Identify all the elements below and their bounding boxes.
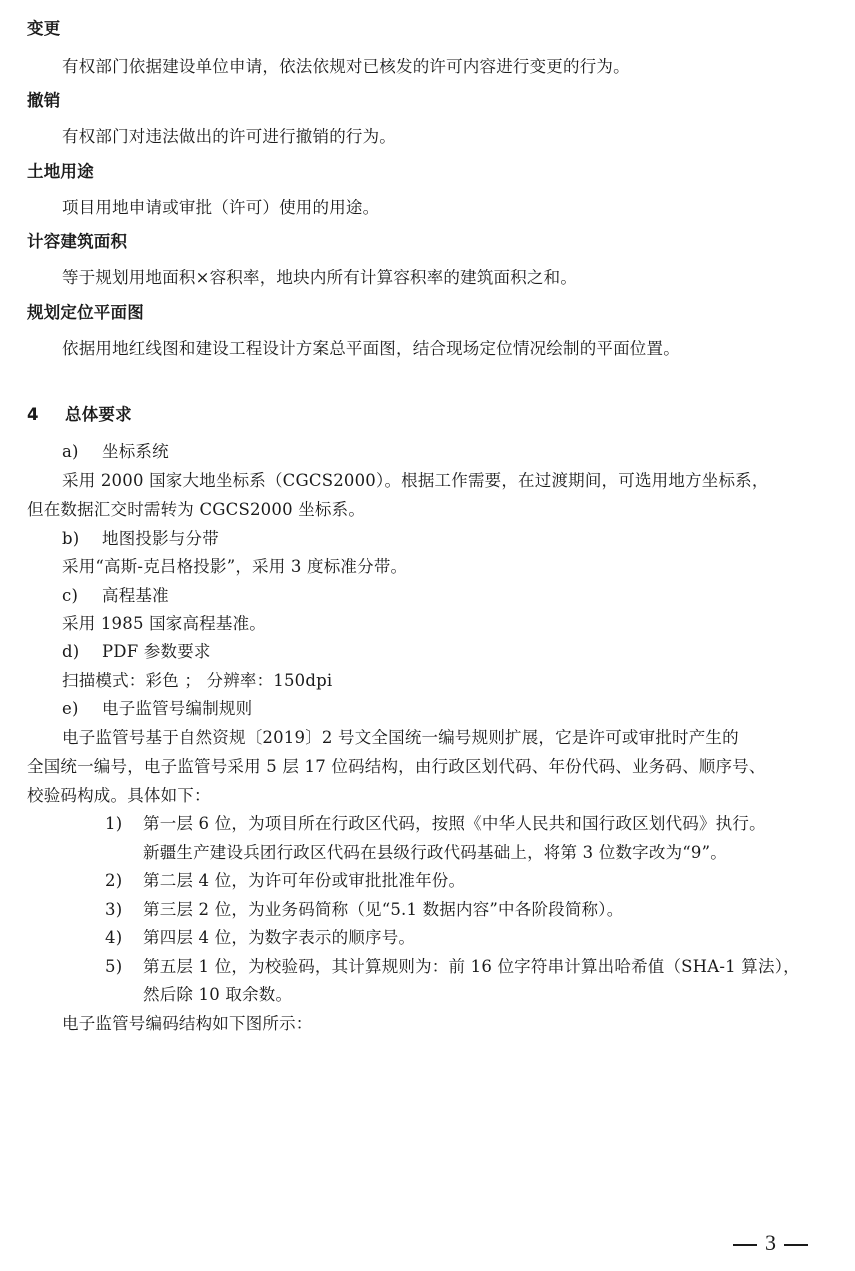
subsection-heading-a: a)坐标系统: [62, 441, 169, 463]
term-heading: 规划定位平面图: [27, 302, 144, 324]
term-definition: 有权部门依据建设单位申请，依法依规对已核发的许可内容进行变更的行为。: [62, 56, 630, 78]
list-number: 3): [105, 899, 122, 921]
page-number: 3: [725, 1230, 816, 1256]
term-definition: 项目用地申请或审批（许可）使用的用途。: [62, 197, 379, 219]
paragraph-line: 采用“高斯-克吕格投影”，采用 3 度标准分带。: [62, 556, 407, 578]
subsection-title: 坐标系统: [102, 442, 169, 461]
subsection-title: 地图投影与分带: [102, 529, 219, 548]
paragraph-line: 采用 2000 国家大地坐标系（CGCS2000）。根据工作需要，在过渡期间，可…: [62, 470, 769, 492]
term-heading: 土地用途: [27, 161, 94, 183]
section-heading: 4总体要求: [27, 404, 132, 426]
list-text: 第四层 4 位，为数字表示的顺序号。: [143, 927, 415, 949]
dash-decoration: [784, 1244, 808, 1246]
list-item: 5) 第五层 1 位，为校验码，其计算规则为：前 16 位字符串计算出哈希值（S…: [105, 956, 845, 978]
subsection-heading-e: e)电子监管号编制规则: [62, 698, 252, 720]
subsection-label: c): [62, 585, 102, 607]
subsection-title: 高程基准: [102, 586, 169, 605]
term-heading: 计容建筑面积: [27, 231, 127, 253]
paragraph-line: 但在数据汇交时需转为 CGCS2000 坐标系。: [27, 499, 365, 521]
paragraph-line: 电子监管号编码结构如下图所示：: [62, 1013, 313, 1035]
paragraph-line: 全国统一编号，电子监管号采用 5 层 17 位码结构，由行政区划代码、年份代码、…: [27, 756, 766, 778]
list-item: 1) 第一层 6 位，为项目所在行政区代码，按照《中华人民共和国行政区划代码》执…: [105, 813, 845, 835]
list-text: 第一层 6 位，为项目所在行政区代码，按照《中华人民共和国行政区划代码》执行。: [143, 813, 766, 835]
paragraph-line: 电子监管号基于自然资规〔2019〕2 号文全国统一编号规则扩展，它是许可或审批时…: [62, 727, 739, 749]
paragraph-line: 扫描模式：彩色 ； 分辨率：150dpi: [62, 670, 332, 692]
list-text: 第三层 2 位，为业务码简称（见“5.1 数据内容”中各阶段简称）。: [143, 899, 623, 921]
subsection-heading-b: b)地图投影与分带: [62, 528, 219, 550]
subsection-heading-c: c)高程基准: [62, 585, 169, 607]
list-number: 4): [105, 927, 122, 949]
list-number: 1): [105, 813, 122, 835]
dash-decoration: [733, 1244, 757, 1246]
paragraph-line: 校验码构成。具体如下：: [27, 785, 211, 807]
paragraph-line: 采用 1985 国家高程基准。: [62, 613, 266, 635]
subsection-label: e): [62, 698, 102, 720]
list-text-continuation: 然后除 10 取余数。: [143, 984, 292, 1006]
term-definition: 有权部门对违法做出的许可进行撤销的行为。: [62, 126, 396, 148]
list-item: 4) 第四层 4 位，为数字表示的顺序号。: [105, 927, 845, 949]
subsection-label: a): [62, 441, 102, 463]
section-number: 4: [27, 404, 65, 426]
subsection-title: PDF 参数要求: [102, 642, 211, 661]
list-item: 2) 第二层 4 位，为许可年份或审批批准年份。: [105, 870, 845, 892]
subsection-label: d): [62, 641, 102, 663]
list-number: 2): [105, 870, 122, 892]
subsection-title: 电子监管号编制规则: [102, 699, 252, 718]
list-text-continuation: 新疆生产建设兵团行政区代码在县级行政代码基础上，将第 3 位数字改为“9”。: [143, 842, 727, 864]
list-text: 第二层 4 位，为许可年份或审批批准年份。: [143, 870, 465, 892]
document-page: 变更 有权部门依据建设单位申请，依法依规对已核发的许可内容进行变更的行为。 撤销…: [0, 0, 855, 1271]
page-number-value: 3: [765, 1230, 776, 1255]
subsection-heading-d: d)PDF 参数要求: [62, 641, 211, 663]
section-title: 总体要求: [65, 405, 132, 424]
term-heading: 变更: [27, 18, 60, 40]
list-item: 3) 第三层 2 位，为业务码简称（见“5.1 数据内容”中各阶段简称）。: [105, 899, 845, 921]
term-heading: 撤销: [27, 90, 60, 112]
list-text: 第五层 1 位，为校验码，其计算规则为：前 16 位字符串计算出哈希值（SHA-…: [143, 956, 800, 978]
term-definition: 等于规划用地面积×容积率，地块内所有计算容积率的建筑面积之和。: [62, 267, 577, 289]
list-number: 5): [105, 956, 122, 978]
subsection-label: b): [62, 528, 102, 550]
term-definition: 依据用地红线图和建设工程设计方案总平面图，结合现场定位情况绘制的平面位置。: [62, 338, 680, 360]
